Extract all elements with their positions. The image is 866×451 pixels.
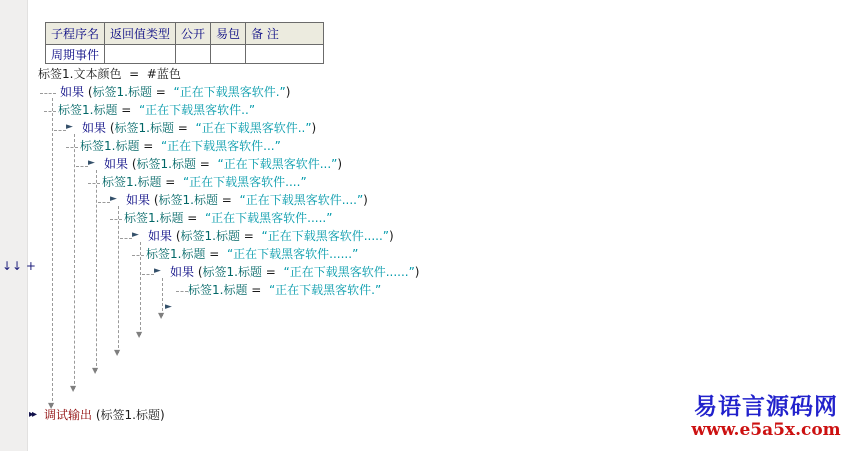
code-segment-str: “ <box>135 103 145 117</box>
flow-line-horizontal <box>88 183 100 184</box>
code-segment-plain: ) <box>363 193 368 207</box>
code-segment-str: ” <box>249 103 255 117</box>
flow-arrow-down-icon: ▼ <box>158 312 164 320</box>
code-segment-plain: ) <box>415 265 420 279</box>
flow-line-horizontal <box>44 111 56 112</box>
table-cell[interactable] <box>211 45 246 64</box>
code-segment-plain: = <box>139 139 157 153</box>
code-segment-prop: 标签1.标题 <box>102 175 161 189</box>
code-segment-plain: #蓝色 <box>147 67 181 81</box>
code-segment-str: “ <box>157 139 167 153</box>
code-line-if[interactable]: 如果 (标签1.标题 = “正在下载黑客软件.....”) <box>148 229 394 244</box>
code-segment-prop: 标签1.标题 <box>137 157 196 171</box>
table-header-cell[interactable]: 易包 <box>211 23 246 45</box>
code-segment-str: ” <box>375 283 381 297</box>
code-segment-str: 正在下载黑客软件.. <box>202 121 306 135</box>
table-cell[interactable]: 周期事件 <box>46 45 105 64</box>
code-segment-str: “ <box>265 283 275 297</box>
code-line-set[interactable]: 标签1.标题 = “正在下载黑客软件......” <box>146 247 358 262</box>
flow-line-vertical <box>74 134 75 389</box>
code-segment-plain: = <box>240 229 258 243</box>
code-segment-plain: 标签1.文本颜色 <box>38 67 121 81</box>
code-line-if[interactable]: 如果 (标签1.标题 = “正在下载黑客软件..”) <box>82 121 316 136</box>
code-segment-plain: = <box>218 193 236 207</box>
code-segment-str: “ <box>214 157 224 171</box>
code-segment-str: ” <box>300 175 306 189</box>
table-cell[interactable] <box>246 45 324 64</box>
code-line-assign[interactable]: 标签1.文本颜色 = #蓝色 <box>38 67 181 82</box>
code-segment-plain: = <box>161 175 179 189</box>
code-segment-prop: 标签1.标题 <box>181 229 240 243</box>
code-segment-plain: = <box>196 157 214 171</box>
code-segment-str: ” <box>326 211 332 225</box>
code-segment-plain: ( <box>194 265 203 279</box>
flow-arrow-down-icon: ▼ <box>114 349 120 357</box>
code-line-if[interactable]: 如果 (标签1.标题 = “正在下载黑客软件......”) <box>170 265 419 280</box>
code-segment-str: “ <box>258 229 268 243</box>
code-segment-plain: ( <box>106 121 115 135</box>
code-segment-plain: ) <box>389 229 394 243</box>
code-line-set[interactable]: 标签1.标题 = “正在下载黑客软件.” <box>188 283 381 298</box>
code-segment-str: “ <box>236 193 246 207</box>
code-segment-plain: ) <box>337 157 342 171</box>
debug-output-statement[interactable]: 调试输出 (标签1.标题) <box>44 408 165 423</box>
code-segment-plain: (标签1.标题) <box>92 408 165 422</box>
code-segment-str: 正在下载黑客软件...... <box>233 247 352 261</box>
code-segment-prop: 标签1.标题 <box>58 103 117 117</box>
code-segment-kw: 如果 <box>60 85 84 99</box>
code-segment-str: 正在下载黑客软件.... <box>189 175 300 189</box>
code-segment-kw: 如果 <box>148 229 172 243</box>
code-segment-plain: = <box>152 85 170 99</box>
code-segment-prop: 标签1.标题 <box>80 139 139 153</box>
code-segment-plain: = <box>205 247 223 261</box>
table-header-cell[interactable]: 备 注 <box>246 23 324 45</box>
code-segment-str: “ <box>223 247 233 261</box>
code-line-if[interactable]: 如果 (标签1.标题 = “正在下载黑客软件....”) <box>126 193 368 208</box>
code-segment-plain: = <box>183 211 201 225</box>
code-segment-str: 正在下载黑客软件..... <box>268 229 383 243</box>
flow-line-horizontal <box>120 238 132 239</box>
watermark-site-name: 易语言源码网 <box>680 394 852 420</box>
code-segment-str: ” <box>275 139 281 153</box>
code-segment-str: 正在下载黑客软件. <box>275 283 375 297</box>
code-segment-plain: ( <box>172 229 181 243</box>
flow-arrow-right-icon: ► <box>132 231 139 240</box>
flow-line-horizontal <box>110 219 122 220</box>
flow-line-horizontal <box>40 93 56 94</box>
flow-line-horizontal <box>66 147 78 148</box>
code-segment-str: ” <box>352 247 358 261</box>
flow-line-horizontal <box>54 130 66 131</box>
code-segment-prop: 标签1.标题 <box>146 247 205 261</box>
flow-line-horizontal <box>142 274 154 275</box>
code-line-set[interactable]: 标签1.标题 = “正在下载黑客软件....” <box>102 175 307 190</box>
code-segment-kw: 如果 <box>170 265 194 279</box>
code-segment-dbg: 调试输出 <box>44 408 92 422</box>
code-segment-str: 正在下载黑客软件...... <box>290 265 409 279</box>
code-segment-str: “ <box>201 211 211 225</box>
code-line-if[interactable]: 如果 (标签1.标题 = “正在下载黑客软件...”) <box>104 157 342 172</box>
ide-code-editor: ↓↓ + 子程序名返回值类型公开易包备 注 周期事件 标签1.文本颜色 = #蓝… <box>0 0 866 451</box>
code-segment-prop: 标签1.标题 <box>124 211 183 225</box>
code-segment-str: “ <box>179 175 189 189</box>
code-segment-str: “ <box>280 265 290 279</box>
code-segment-str: 正在下载黑客软件..... <box>211 211 326 225</box>
code-segment-plain: = <box>117 103 135 117</box>
insert-position-marker[interactable]: ↓↓ + <box>2 259 36 273</box>
table-cell[interactable] <box>176 45 211 64</box>
code-segment-prop: 标签1.标题 <box>115 121 174 135</box>
code-segment-plain: ( <box>128 157 137 171</box>
flow-line-horizontal <box>76 166 88 167</box>
code-segment-plain: ) <box>312 121 317 135</box>
flow-arrow-down-icon: ▼ <box>70 385 76 393</box>
watermark: 易语言源码网 www.e5a5x.com <box>680 394 852 440</box>
flow-arrow-down-icon: ▼ <box>92 367 98 375</box>
code-segment-prop: 标签1.标题 <box>188 283 247 297</box>
code-segment-plain: ( <box>84 85 93 99</box>
code-segment-str: 正在下载黑客软件.... <box>246 193 357 207</box>
code-line-set[interactable]: 标签1.标题 = “正在下载黑客软件...” <box>80 139 281 154</box>
debug-output-icon: ▸▸ <box>29 409 35 420</box>
code-segment-str: “ <box>192 121 202 135</box>
code-segment-str: 正在下载黑客软件.. <box>145 103 249 117</box>
flow-line-horizontal <box>132 255 144 256</box>
flow-line-horizontal <box>176 291 188 292</box>
code-segment-kw: 如果 <box>104 157 128 171</box>
flow-arrow-right-icon: ► <box>66 123 73 132</box>
code-line-if[interactable]: 如果 (标签1.标题 = “正在下载黑客软件.”) <box>60 85 290 100</box>
table-header-cell[interactable]: 公开 <box>176 23 211 45</box>
table-cell[interactable] <box>105 45 176 64</box>
code-segment-str: “ <box>170 85 180 99</box>
code-segment-plain: ( <box>150 193 159 207</box>
code-line-set[interactable]: 标签1.标题 = “正在下载黑客软件..” <box>58 103 255 118</box>
code-line-set[interactable]: 标签1.标题 = “正在下载黑客软件.....” <box>124 211 332 226</box>
flow-arrow-right-icon: ► <box>165 303 172 312</box>
flow-line-vertical <box>96 170 97 371</box>
flow-arrow-right-icon: ► <box>110 195 117 204</box>
table-header-cell[interactable]: 子程序名 <box>46 23 105 45</box>
code-segment-kw: 如果 <box>126 193 150 207</box>
code-segment-str: 正在下载黑客软件... <box>167 139 274 153</box>
code-segment-plain: = <box>247 283 265 297</box>
code-segment-prop: 标签1.标题 <box>159 193 218 207</box>
flow-arrow-down-icon: ▼ <box>136 331 142 339</box>
code-segment-str: 正在下载黑客软件. <box>180 85 280 99</box>
code-segment-kw: 如果 <box>82 121 106 135</box>
watermark-site-url: www.e5a5x.com <box>680 420 852 440</box>
code-segment-plain: ) <box>286 85 291 99</box>
flow-line-vertical <box>118 206 119 353</box>
flow-line-vertical <box>52 98 53 406</box>
subroutine-table-header-row: 子程序名返回值类型公开易包备 注 <box>46 23 324 45</box>
table-row: 周期事件 <box>46 45 324 64</box>
editor-gutter: ↓↓ + <box>0 0 28 451</box>
code-segment-prop: 标签1.标题 <box>203 265 262 279</box>
code-segment-prop: 标签1.标题 <box>93 85 152 99</box>
flow-arrow-right-icon: ► <box>154 267 161 276</box>
flow-arrow-right-icon: ► <box>88 159 95 168</box>
code-segment-plain: = <box>262 265 280 279</box>
code-segment-plain: = <box>174 121 192 135</box>
code-segment-plain: = <box>121 67 146 81</box>
flow-line-horizontal <box>98 202 110 203</box>
code-segment-str: 正在下载黑客软件... <box>224 157 331 171</box>
table-header-cell[interactable]: 返回值类型 <box>105 23 176 45</box>
subroutine-table: 子程序名返回值类型公开易包备 注 周期事件 <box>45 22 324 64</box>
